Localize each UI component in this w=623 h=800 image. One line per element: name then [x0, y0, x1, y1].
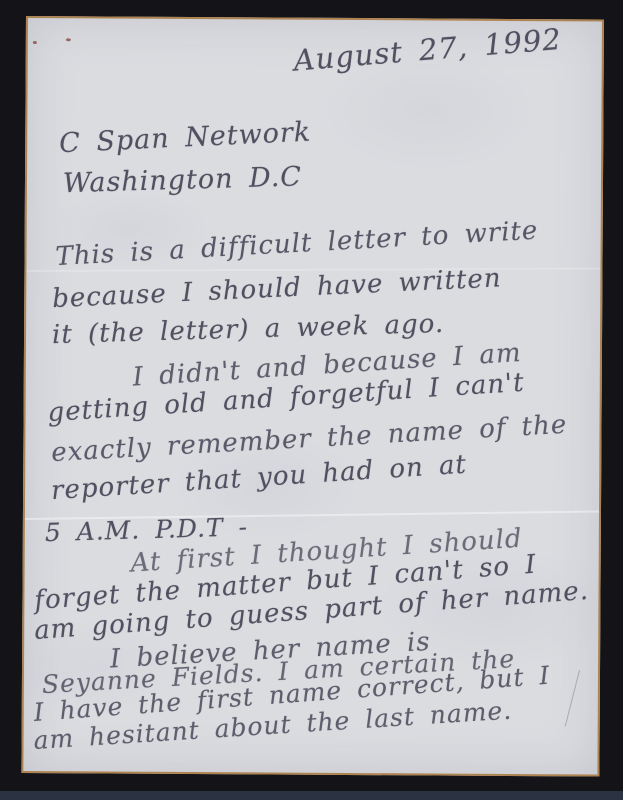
paper-speck: [66, 38, 71, 41]
body-line: it (the letter) a week ago.: [52, 309, 445, 350]
date-line: August 27, 1992: [292, 22, 563, 78]
photo-frame: August 27, 1992 C Span Network Washingto…: [0, 0, 623, 800]
letter-paper: August 27, 1992 C Span Network Washingto…: [21, 16, 604, 777]
recipient-city-line: Washington D.C: [63, 161, 303, 199]
recipient-name-line: C Span Network: [59, 117, 312, 160]
body-line: This is a difficult letter to write: [55, 216, 539, 273]
body-line: 5 A.M. P.D.T -: [44, 512, 248, 547]
frame-bottom-strip: [0, 791, 623, 800]
paper-scratch: [565, 670, 580, 726]
paper-speck: [33, 41, 37, 44]
